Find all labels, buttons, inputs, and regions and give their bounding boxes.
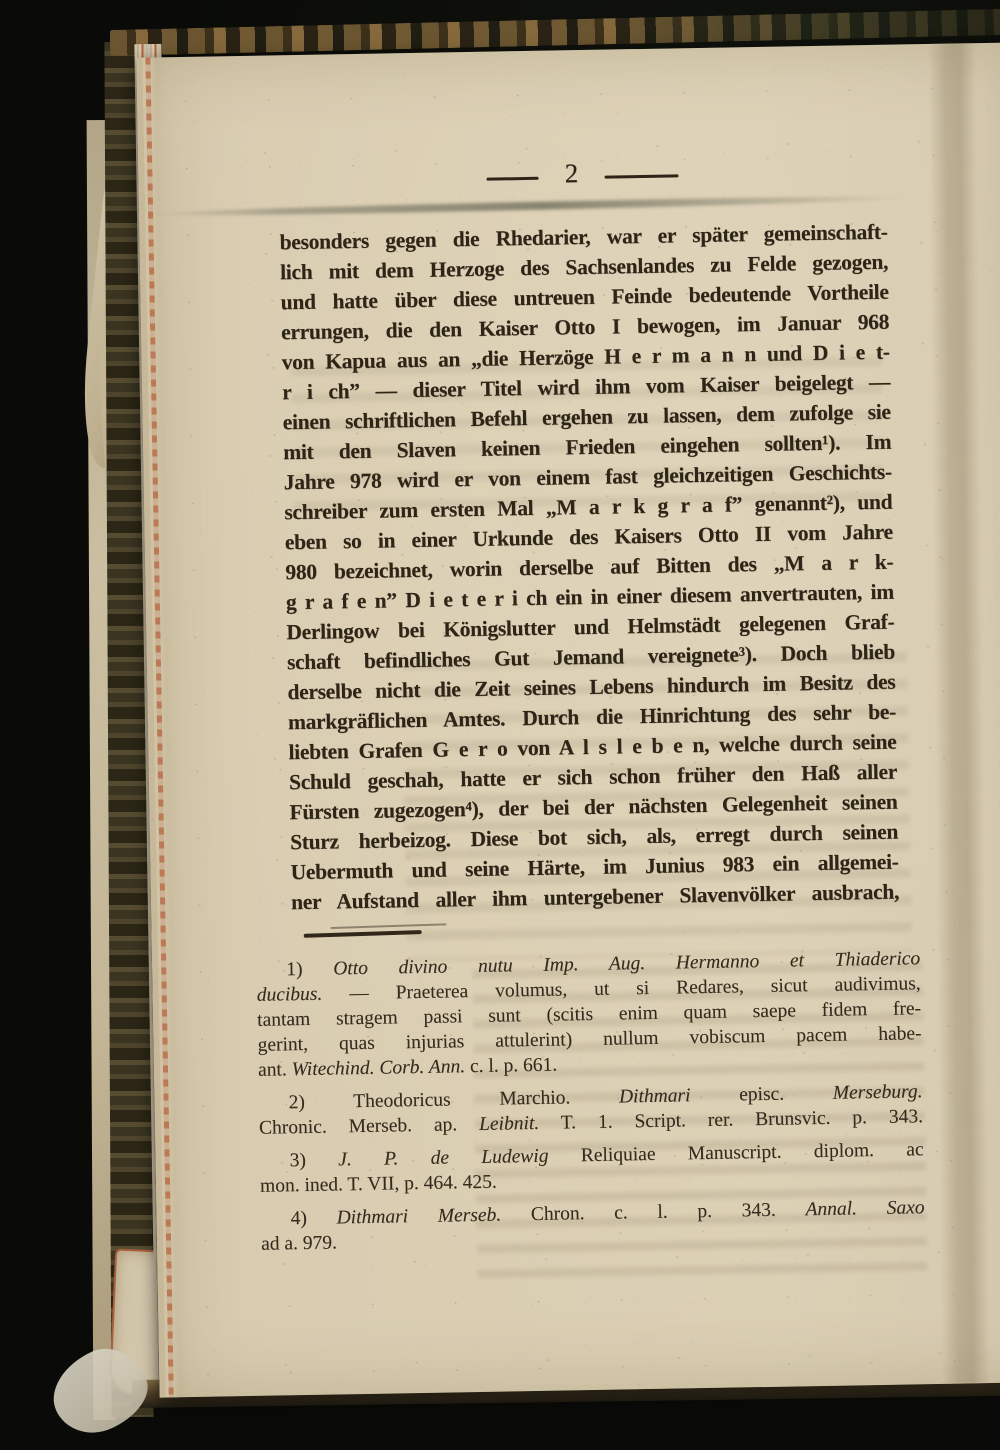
footnote-text: episc.	[690, 1083, 833, 1106]
footnote: 2) Theodoricus Marchio. Dithmari episc. …	[258, 1079, 923, 1141]
footnote: 3) J. P. de Ludewig Reliquiae Manuscript…	[259, 1137, 924, 1199]
footnote-text: Chron. c. l. p. 343.	[501, 1199, 806, 1225]
scan-background: { "header": { "page_number": "2" }, "bod…	[0, 0, 1000, 1450]
latin-citation-italic: Merseburg.	[833, 1081, 923, 1104]
footnote-text: mon. ined. T. VII, p. 464. 425.	[260, 1172, 497, 1197]
footnote-text: ad a. 979.	[261, 1232, 337, 1254]
footnote-text: 3)	[289, 1149, 338, 1171]
footnotes: 1) Otto divino nutu Imp. Aug. Hermanno e…	[256, 946, 925, 1265]
footnote: 4) Dithmari Merseb. Chron. c. l. p. 343.…	[260, 1195, 925, 1257]
footnote-text: c. l. p. 661.	[465, 1055, 557, 1078]
footnote-text: 4)	[290, 1207, 336, 1229]
latin-citation-italic: Witechind. Corb. Ann.	[291, 1056, 465, 1080]
header-dash-right	[604, 174, 678, 178]
footnote-text: ant.	[258, 1059, 292, 1081]
latin-citation-italic: ducibus.	[257, 983, 350, 1006]
header-dash-left	[487, 177, 539, 181]
page-header: 2	[278, 155, 886, 193]
latin-citation-italic: Dithmari	[619, 1085, 691, 1107]
footnote-text: T. 1. Script. rer. Brunsvic. p. 343.	[539, 1106, 923, 1134]
latin-citation-italic: Dithmari Merseb.	[336, 1205, 501, 1229]
book-page: 2 besonders gegen die Rhedarier, war er …	[136, 42, 1000, 1397]
latin-citation-italic: Leibnit.	[479, 1113, 539, 1135]
footnote-text: 2) Theodoricus Marchio.	[288, 1087, 619, 1114]
footnote-text: 1)	[286, 958, 333, 980]
footnote-text: Chronic. Merseb. ap.	[259, 1114, 479, 1139]
footnote-text: Reliquiae Manuscript. diplom. ac	[548, 1139, 923, 1167]
ink-smudge	[147, 194, 911, 219]
latin-citation-italic: J. P. de Ludewig	[338, 1146, 549, 1171]
page-number: 2	[564, 160, 578, 187]
latin-citation-italic: Annal. Saxo	[805, 1197, 924, 1220]
body-text: besonders gegen die Rhedarier, war er sp…	[279, 217, 899, 918]
gutter-crease	[928, 43, 990, 1383]
footnote: 1) Otto divino nutu Imp. Aug. Hermanno e…	[256, 946, 922, 1083]
footnote-separator	[304, 930, 422, 938]
